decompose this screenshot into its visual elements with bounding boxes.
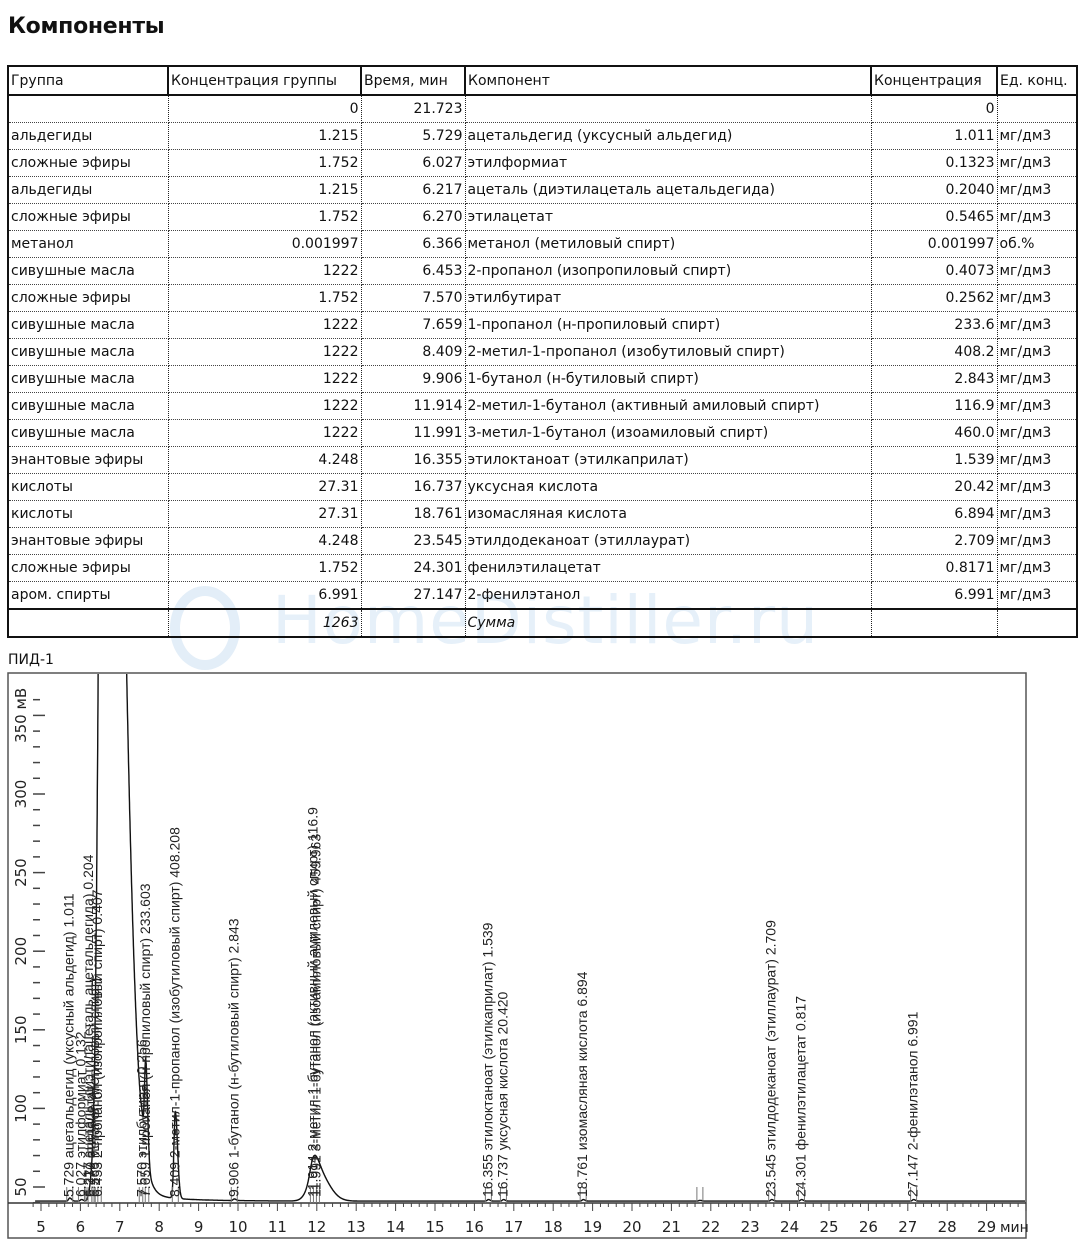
peak-label: 23.545 этилдодеканоат (этиллаурат) 2.709 — [763, 920, 779, 1197]
x-tick-label: 7 — [115, 1218, 125, 1236]
x-tick-label: 5 — [36, 1218, 46, 1236]
x-axis: 5678910111213141516171819202122232425262… — [33, 1203, 1029, 1236]
x-tick-label: 10 — [228, 1218, 247, 1236]
x-tick-label: 16 — [465, 1218, 484, 1236]
x-tick-label: 15 — [425, 1218, 444, 1236]
x-tick-label: 25 — [819, 1218, 838, 1236]
peak-label: 9.906 1-бутанол (н-бутиловый спирт) 2.84… — [225, 918, 241, 1197]
x-tick-label: 21 — [662, 1218, 681, 1236]
peak-annotations: 5.729 ацетальдегид (уксусный альдегид) 1… — [61, 807, 921, 1203]
peak-label: 6.453 2-пропанол (изопропиловый спирт) 0… — [89, 889, 105, 1197]
y-tick-label: 300 — [12, 780, 30, 809]
x-tick-label: 29 — [977, 1218, 996, 1236]
x-axis-unit: мин — [1000, 1220, 1029, 1236]
x-tick-label: 28 — [938, 1218, 957, 1236]
x-tick-label: 17 — [504, 1218, 523, 1236]
y-tick-label: 350 мВ — [12, 688, 30, 743]
x-tick-label: 23 — [741, 1218, 760, 1236]
x-tick-label: 18 — [544, 1218, 563, 1236]
x-tick-label: 24 — [780, 1218, 799, 1236]
peak-label: 16.355 этилоктаноат (этилкаприлат) 1.539 — [479, 922, 495, 1197]
chromatogram-chart: 5678910111213141516171819202122232425262… — [0, 0, 1080, 1253]
peak-label: 24.301 фенилэтилацетат 0.817 — [792, 996, 808, 1197]
x-tick-label: 12 — [307, 1218, 326, 1236]
x-tick-label: 9 — [194, 1218, 204, 1236]
y-tick-label: 100 — [12, 1094, 30, 1123]
peak-label: 8.409 2-метил-1-пропанол (изобутиловый с… — [166, 827, 182, 1197]
plot-frame — [8, 673, 1026, 1238]
peak-label: 27.147 2-фенилэтанол 6.991 — [905, 1011, 921, 1197]
x-tick-label: 11 — [268, 1218, 287, 1236]
x-tick-label: 22 — [701, 1218, 720, 1236]
y-tick-label: 50 — [12, 1177, 30, 1196]
peak-label: 18.761 изомасляная кислота 6.894 — [574, 971, 590, 1197]
y-tick-label: 150 — [12, 1015, 30, 1044]
x-tick-label: 19 — [583, 1218, 602, 1236]
x-tick-label: 26 — [859, 1218, 878, 1236]
x-tick-label: 14 — [386, 1218, 405, 1236]
x-tick-label: 13 — [347, 1218, 366, 1236]
y-tick-label: 200 — [12, 937, 30, 966]
x-tick-label: 8 — [154, 1218, 164, 1236]
peak-label: 7.659 1-пропанол (н-пропиловый спирт) 23… — [137, 883, 153, 1197]
peak-label: 11.991 3-метил-1-бутанол (изоамиловый сп… — [307, 834, 323, 1197]
y-axis: 50100150200250300350 мВ — [12, 688, 45, 1203]
chromatogram-trace — [35, 0, 1050, 1201]
x-tick-label: 27 — [898, 1218, 917, 1236]
x-tick-label: 20 — [622, 1218, 641, 1236]
peak-label: 16.737 уксусная кислота 20.420 — [494, 991, 510, 1197]
x-tick-label: 6 — [76, 1218, 86, 1236]
y-tick-label: 250 — [12, 858, 30, 887]
